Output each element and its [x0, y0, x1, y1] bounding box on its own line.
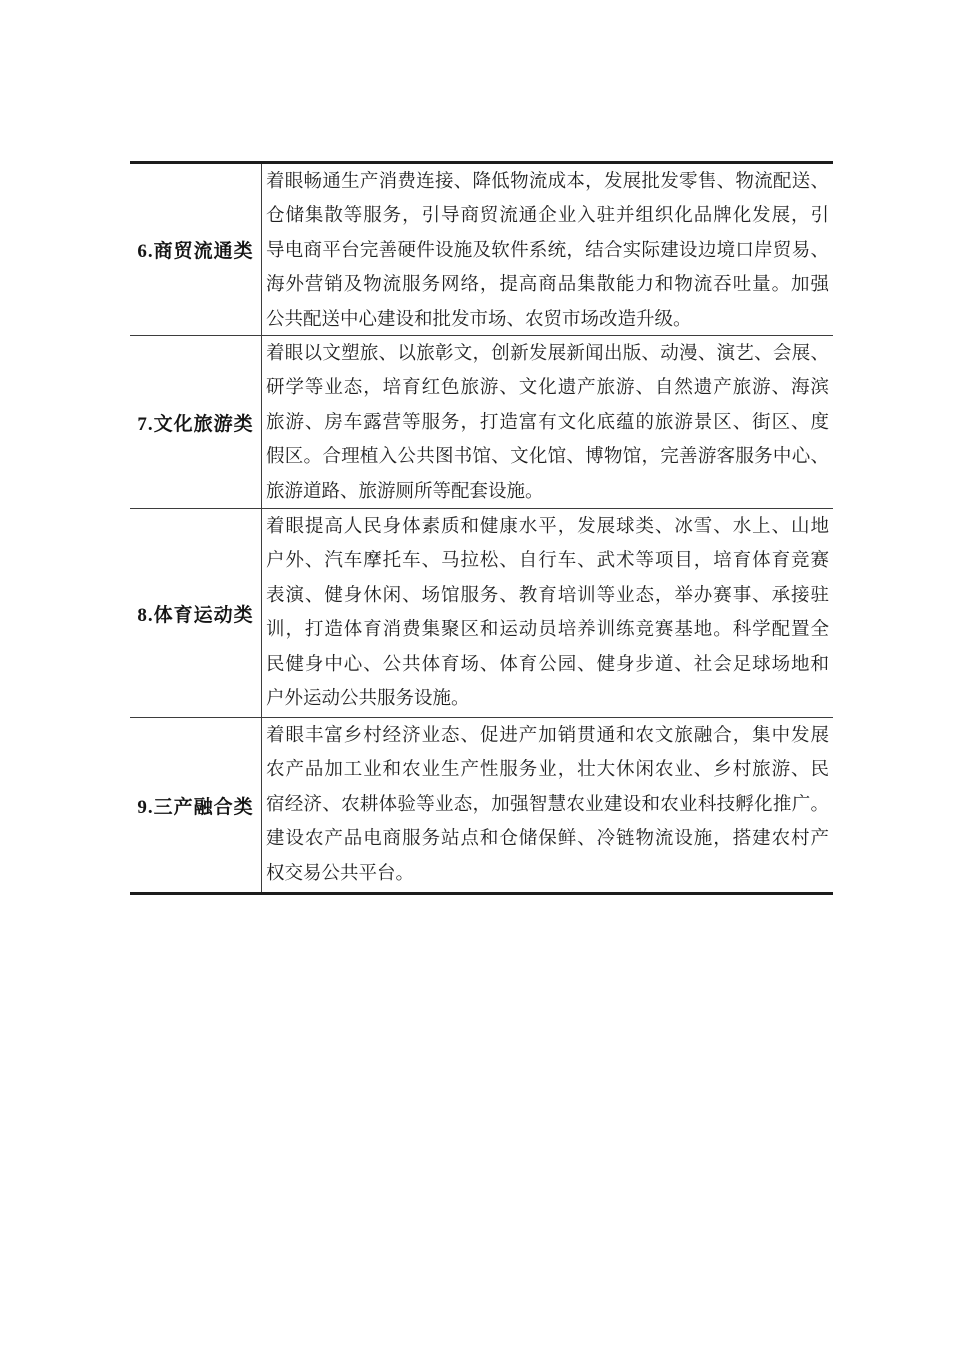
- text-line: 训，打造体育消费集聚区和运动员培养训练竞赛基地。科学配置全: [266, 613, 829, 647]
- category-label-cell: 6.商贸流通类: [130, 164, 262, 335]
- text-line: 公共配送中心建设和批发市场、农贸市场改造升级。: [266, 303, 829, 335]
- text-line: 农产品加工业和农业生产性服务业，壮大休闲农业、乡村旅游、民: [266, 753, 829, 787]
- text-line: 着眼以文塑旅、以旅彰文，创新发展新闻出版、动漫、演艺、会展、: [266, 337, 829, 371]
- category-description-cell: 着眼丰富乡村经济业态、促进产加销贯通和农文旅融合，集中发展 农产品加工业和农业生…: [262, 718, 833, 892]
- category-label-cell: 7.文化旅游类: [130, 336, 262, 508]
- text-line: 旅游、房车露营等服务，打造富有文化底蕴的旅游景区、街区、度: [266, 406, 829, 440]
- text-line: 户外运动公共服务设施。: [266, 682, 829, 716]
- text-line: 假区。合理植入公共图书馆、文化馆、博物馆，完善游客服务中心、: [266, 440, 829, 474]
- text-line: 建设农产品电商服务站点和仓储保鲜、冷链物流设施，搭建农村产: [266, 822, 829, 856]
- category-label: 8.体育运动类: [137, 600, 253, 627]
- text-line: 着眼提高人民身体素质和健康水平，发展球类、冰雪、水上、山地: [266, 510, 829, 544]
- category-description-cell: 着眼提高人民身体素质和健康水平，发展球类、冰雪、水上、山地 户外、汽车摩托车、马…: [262, 509, 833, 717]
- category-description-cell: 着眼畅通生产消费连接、降低物流成本，发展批发零售、物流配送、 仓储集散等服务，引…: [262, 164, 833, 335]
- table-row-8: 8.体育运动类 着眼提高人民身体素质和健康水平，发展球类、冰雪、水上、山地 户外…: [130, 509, 833, 718]
- category-table: 6.商贸流通类 着眼畅通生产消费连接、降低物流成本，发展批发零售、物流配送、 仓…: [130, 161, 833, 895]
- category-label-cell: 8.体育运动类: [130, 509, 262, 717]
- document-page: 6.商贸流通类 着眼畅通生产消费连接、降低物流成本，发展批发零售、物流配送、 仓…: [0, 0, 962, 1360]
- text-line: 宿经济、农耕体验等业态，加强智慧农业建设和农业科技孵化推广。: [266, 788, 829, 822]
- text-line: 着眼丰富乡村经济业态、促进产加销贯通和农文旅融合，集中发展: [266, 719, 829, 753]
- text-line: 户外、汽车摩托车、马拉松、自行车、武术等项目，培育体育竞赛: [266, 544, 829, 578]
- category-label: 6.商贸流通类: [137, 236, 253, 263]
- category-description-cell: 着眼以文塑旅、以旅彰文，创新发展新闻出版、动漫、演艺、会展、 研学等业态，培育红…: [262, 336, 833, 508]
- table-row-7: 7.文化旅游类 着眼以文塑旅、以旅彰文，创新发展新闻出版、动漫、演艺、会展、 研…: [130, 336, 833, 509]
- category-label: 7.文化旅游类: [137, 409, 253, 436]
- text-line: 权交易公共平台。: [266, 857, 829, 891]
- text-line: 旅游道路、旅游厕所等配套设施。: [266, 475, 829, 508]
- text-line: 仓储集散等服务，引导商贸流通企业入驻并组织化品牌化发展，引: [266, 199, 829, 233]
- text-line: 海外营销及物流服务网络，提高商品集散能力和物流吞吐量。加强: [266, 268, 829, 302]
- table-row-9: 9.三产融合类 着眼丰富乡村经济业态、促进产加销贯通和农文旅融合，集中发展 农产…: [130, 718, 833, 892]
- text-line: 表演、健身休闲、场馆服务、教育培训等业态，举办赛事、承接驻: [266, 579, 829, 613]
- text-line: 着眼畅通生产消费连接、降低物流成本，发展批发零售、物流配送、: [266, 165, 829, 199]
- text-line: 导电商平台完善硬件设施及软件系统，结合实际建设边境口岸贸易、: [266, 234, 829, 268]
- text-line: 研学等业态，培育红色旅游、文化遗产旅游、自然遗产旅游、海滨: [266, 371, 829, 405]
- table-row-6: 6.商贸流通类 着眼畅通生产消费连接、降低物流成本，发展批发零售、物流配送、 仓…: [130, 164, 833, 336]
- text-line: 民健身中心、公共体育场、体育公园、健身步道、社会足球场地和: [266, 648, 829, 682]
- category-label-cell: 9.三产融合类: [130, 718, 262, 892]
- category-label: 9.三产融合类: [137, 792, 253, 819]
